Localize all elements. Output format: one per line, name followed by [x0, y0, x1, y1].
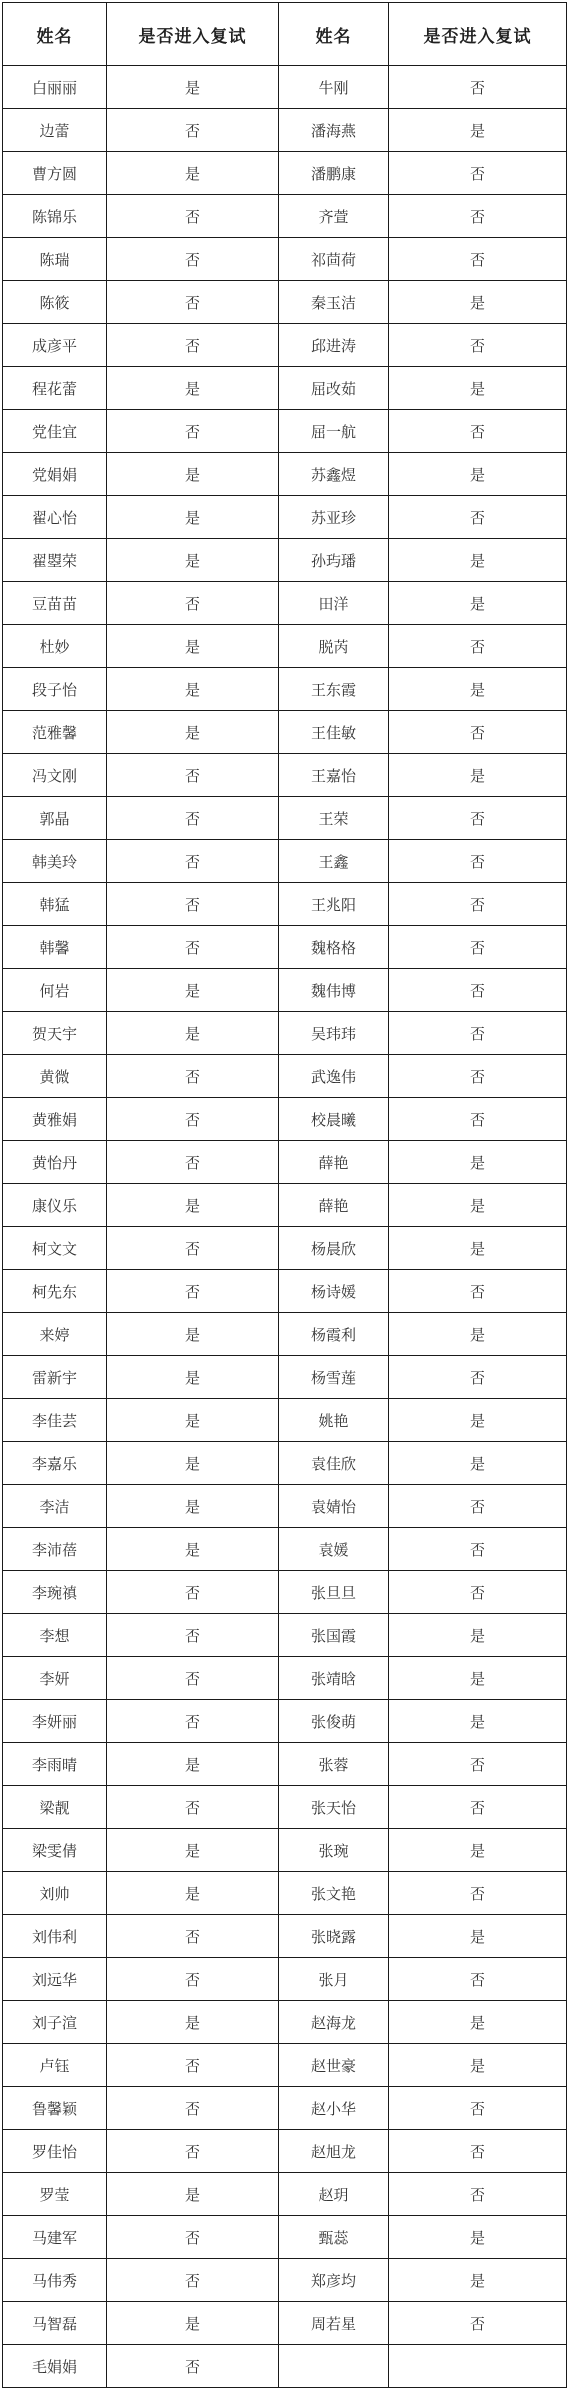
result-cell: 是 — [107, 1872, 279, 1915]
name-cell: 赵世豪 — [279, 2044, 389, 2087]
table-row: 李佳芸是姚艳是 — [3, 1399, 567, 1442]
header-cell: 姓名 — [3, 3, 107, 66]
table-row: 李琬禛否张旦旦否 — [3, 1571, 567, 1614]
result-cell: 否 — [389, 1743, 567, 1786]
result-cell: 否 — [107, 883, 279, 926]
header-cell: 是否进入复试 — [389, 3, 567, 66]
name-cell: 杨雪莲 — [279, 1356, 389, 1399]
name-cell: 李妍丽 — [3, 1700, 107, 1743]
name-cell: 李沛蓓 — [3, 1528, 107, 1571]
result-cell: 是 — [107, 1012, 279, 1055]
name-cell: 段子怡 — [3, 668, 107, 711]
name-cell: 鲁馨颖 — [3, 2087, 107, 2130]
name-cell: 周若星 — [279, 2302, 389, 2345]
table-row: 韩馨否魏格格否 — [3, 926, 567, 969]
result-cell: 否 — [107, 1055, 279, 1098]
name-cell: 薛艳 — [279, 1184, 389, 1227]
result-cell: 否 — [107, 2216, 279, 2259]
result-cell: 是 — [107, 453, 279, 496]
name-cell: 罗佳怡 — [3, 2130, 107, 2173]
name-cell: 韩美玲 — [3, 840, 107, 883]
name-cell: 马伟秀 — [3, 2259, 107, 2302]
result-cell: 是 — [107, 1184, 279, 1227]
result-cell — [389, 2345, 567, 2388]
result-cell: 是 — [107, 66, 279, 109]
result-cell: 是 — [107, 367, 279, 410]
table-row: 白丽丽是牛刚否 — [3, 66, 567, 109]
result-cell: 否 — [389, 797, 567, 840]
name-cell: 马建军 — [3, 2216, 107, 2259]
table-row: 李洁是袁婧怡否 — [3, 1485, 567, 1528]
name-cell: 范雅馨 — [3, 711, 107, 754]
result-cell: 是 — [107, 2173, 279, 2216]
result-cell: 是 — [389, 2044, 567, 2087]
name-cell: 郭晶 — [3, 797, 107, 840]
result-cell: 否 — [107, 1227, 279, 1270]
result-cell: 是 — [389, 2216, 567, 2259]
name-cell: 魏格格 — [279, 926, 389, 969]
table-row: 卢钰否赵世豪是 — [3, 2044, 567, 2087]
result-cell: 是 — [389, 668, 567, 711]
name-cell: 白丽丽 — [3, 66, 107, 109]
result-cell: 是 — [389, 281, 567, 324]
result-cell: 否 — [107, 1270, 279, 1313]
name-cell: 梁靓 — [3, 1786, 107, 1829]
table-row: 梁雯倩是张琬是 — [3, 1829, 567, 1872]
result-cell: 否 — [389, 926, 567, 969]
table-row: 雷新宇是杨雪莲否 — [3, 1356, 567, 1399]
result-cell: 是 — [107, 2302, 279, 2345]
name-cell: 刘伟利 — [3, 1915, 107, 1958]
result-cell: 否 — [107, 2345, 279, 2388]
result-cell: 否 — [389, 2302, 567, 2345]
document-page: 姓名是否进入复试姓名是否进入复试 白丽丽是牛刚否边蕾否潘海燕是曹方圆是潘鹏康否陈… — [0, 0, 578, 2388]
name-cell: 何岩 — [3, 969, 107, 1012]
table-row: 梁靓否张天怡否 — [3, 1786, 567, 1829]
result-cell: 否 — [107, 281, 279, 324]
table-row: 罗佳怡否赵旭龙否 — [3, 2130, 567, 2173]
result-cell: 否 — [389, 66, 567, 109]
table-row: 李嘉乐是袁佳欣是 — [3, 1442, 567, 1485]
result-cell: 否 — [389, 883, 567, 926]
result-cell: 是 — [107, 969, 279, 1012]
result-cell: 否 — [107, 797, 279, 840]
table-row: 刘伟利否张晓露是 — [3, 1915, 567, 1958]
result-cell: 否 — [389, 238, 567, 281]
name-cell: 郑彦均 — [279, 2259, 389, 2302]
table-row: 罗莹是赵玥否 — [3, 2173, 567, 2216]
name-cell: 柯文文 — [3, 1227, 107, 1270]
name-cell: 韩馨 — [3, 926, 107, 969]
result-cell: 否 — [107, 2259, 279, 2302]
result-cell: 是 — [107, 1743, 279, 1786]
result-cell: 否 — [107, 410, 279, 453]
result-cell: 是 — [107, 1356, 279, 1399]
table-row: 李妍否张靖晗是 — [3, 1657, 567, 1700]
result-cell: 否 — [389, 496, 567, 539]
table-row: 陈筱否秦玉洁是 — [3, 281, 567, 324]
result-cell: 否 — [389, 1528, 567, 1571]
name-cell: 雷新宇 — [3, 1356, 107, 1399]
name-cell: 武逸伟 — [279, 1055, 389, 1098]
result-cell: 是 — [107, 2001, 279, 2044]
table-row: 黄雅娟否校晨曦否 — [3, 1098, 567, 1141]
name-cell: 张靖晗 — [279, 1657, 389, 1700]
table-row: 程花蕾是屈改茹是 — [3, 367, 567, 410]
result-cell: 是 — [389, 1141, 567, 1184]
name-cell: 潘海燕 — [279, 109, 389, 152]
table-row: 翟心怡是苏亚珍否 — [3, 496, 567, 539]
name-cell: 韩猛 — [3, 883, 107, 926]
result-cell: 否 — [107, 109, 279, 152]
name-cell: 梁雯倩 — [3, 1829, 107, 1872]
table-row: 豆苗苗否田洋是 — [3, 582, 567, 625]
result-cell: 否 — [389, 969, 567, 1012]
name-cell: 邱进涛 — [279, 324, 389, 367]
name-cell: 张国霞 — [279, 1614, 389, 1657]
result-cell: 否 — [107, 1098, 279, 1141]
result-cell: 否 — [107, 2044, 279, 2087]
table-row: 刘帅是张文艳否 — [3, 1872, 567, 1915]
name-cell: 黄微 — [3, 1055, 107, 1098]
result-cell: 否 — [107, 582, 279, 625]
table-row: 陈锦乐否齐萱否 — [3, 195, 567, 238]
name-cell: 杜妙 — [3, 625, 107, 668]
result-cell: 是 — [389, 1227, 567, 1270]
name-cell: 黄怡丹 — [3, 1141, 107, 1184]
table-row: 杜妙是脱芮否 — [3, 625, 567, 668]
result-cell: 否 — [389, 1872, 567, 1915]
result-cell: 否 — [389, 1485, 567, 1528]
result-cell: 否 — [389, 1356, 567, 1399]
result-cell: 否 — [107, 1141, 279, 1184]
table-row: 贺天宇是吴玮玮否 — [3, 1012, 567, 1055]
result-cell: 是 — [107, 496, 279, 539]
name-cell: 王鑫 — [279, 840, 389, 883]
table-row: 韩猛否王兆阳否 — [3, 883, 567, 926]
table-row: 范雅馨是王佳敏否 — [3, 711, 567, 754]
result-cell: 是 — [389, 1915, 567, 1958]
result-cell: 是 — [389, 1442, 567, 1485]
table-row: 鲁馨颖否赵小华否 — [3, 2087, 567, 2130]
name-cell: 王嘉怡 — [279, 754, 389, 797]
result-cell: 否 — [107, 2130, 279, 2173]
result-cell: 否 — [389, 324, 567, 367]
result-cell: 是 — [389, 2259, 567, 2302]
table-row: 李沛蓓是袁媛否 — [3, 1528, 567, 1571]
name-cell: 袁婧怡 — [279, 1485, 389, 1528]
name-cell: 刘远华 — [3, 1958, 107, 2001]
result-cell: 否 — [389, 1270, 567, 1313]
table-row: 陈瑞否祁茴荷否 — [3, 238, 567, 281]
result-cell: 是 — [389, 109, 567, 152]
table-row: 康仪乐是薛艳是 — [3, 1184, 567, 1227]
header-row: 姓名是否进入复试姓名是否进入复试 — [3, 3, 567, 66]
result-cell: 否 — [389, 195, 567, 238]
result-cell: 是 — [107, 711, 279, 754]
name-cell: 党娟娟 — [3, 453, 107, 496]
result-cell: 是 — [389, 1313, 567, 1356]
table-row: 刘子渲是赵海龙是 — [3, 2001, 567, 2044]
result-cell: 否 — [389, 840, 567, 883]
name-cell: 牛刚 — [279, 66, 389, 109]
name-cell: 脱芮 — [279, 625, 389, 668]
name-cell: 姚艳 — [279, 1399, 389, 1442]
result-cell: 否 — [107, 238, 279, 281]
result-cell: 否 — [389, 410, 567, 453]
name-cell: 柯先东 — [3, 1270, 107, 1313]
name-cell: 杨诗媛 — [279, 1270, 389, 1313]
result-cell: 否 — [389, 625, 567, 668]
name-cell: 屈改茹 — [279, 367, 389, 410]
name-cell: 张蓉 — [279, 1743, 389, 1786]
table-row: 刘远华否张月否 — [3, 1958, 567, 2001]
result-cell: 是 — [107, 1399, 279, 1442]
result-cell: 否 — [107, 1657, 279, 1700]
result-cell: 是 — [389, 2001, 567, 2044]
name-cell: 马智磊 — [3, 2302, 107, 2345]
result-cell: 否 — [107, 1915, 279, 1958]
name-cell: 来婷 — [3, 1313, 107, 1356]
result-cell: 否 — [107, 1571, 279, 1614]
name-cell: 薛艳 — [279, 1141, 389, 1184]
name-cell: 李嘉乐 — [3, 1442, 107, 1485]
table-row: 成彦平否邱进涛否 — [3, 324, 567, 367]
name-cell: 袁媛 — [279, 1528, 389, 1571]
result-cell: 否 — [107, 1700, 279, 1743]
name-cell: 袁佳欣 — [279, 1442, 389, 1485]
result-cell: 否 — [107, 926, 279, 969]
table-row: 马智磊是周若星否 — [3, 2302, 567, 2345]
result-cell: 否 — [389, 1055, 567, 1098]
name-cell: 屈一航 — [279, 410, 389, 453]
name-cell: 边蕾 — [3, 109, 107, 152]
result-cell: 是 — [389, 1657, 567, 1700]
name-cell: 贺天宇 — [3, 1012, 107, 1055]
result-cell: 否 — [107, 1958, 279, 2001]
name-cell: 曹方圆 — [3, 152, 107, 195]
table-row: 马建军否甄蕊是 — [3, 2216, 567, 2259]
name-cell: 田洋 — [279, 582, 389, 625]
name-cell: 程花蕾 — [3, 367, 107, 410]
table-row: 柯先东否杨诗媛否 — [3, 1270, 567, 1313]
result-cell: 是 — [389, 539, 567, 582]
result-cell: 否 — [107, 2087, 279, 2130]
name-cell: 张俊萌 — [279, 1700, 389, 1743]
result-cell: 是 — [389, 1399, 567, 1442]
table-row: 黄微否武逸伟否 — [3, 1055, 567, 1098]
name-cell: 毛娟娟 — [3, 2345, 107, 2388]
result-cell: 是 — [107, 152, 279, 195]
result-cell: 否 — [389, 1786, 567, 1829]
name-cell: 康仪乐 — [3, 1184, 107, 1227]
name-cell: 赵玥 — [279, 2173, 389, 2216]
table-row: 李雨晴是张蓉否 — [3, 1743, 567, 1786]
name-cell: 甄蕊 — [279, 2216, 389, 2259]
name-cell: 赵海龙 — [279, 2001, 389, 2044]
name-cell: 刘子渲 — [3, 2001, 107, 2044]
name-cell: 豆苗苗 — [3, 582, 107, 625]
name-cell: 陈锦乐 — [3, 195, 107, 238]
name-cell: 党佳宜 — [3, 410, 107, 453]
table-row: 李妍丽否张俊萌是 — [3, 1700, 567, 1743]
name-cell: 黄雅娟 — [3, 1098, 107, 1141]
name-cell: 陈筱 — [3, 281, 107, 324]
result-cell: 是 — [107, 1485, 279, 1528]
result-cell: 否 — [107, 754, 279, 797]
name-cell: 李琬禛 — [3, 1571, 107, 1614]
name-cell: 苏鑫煜 — [279, 453, 389, 496]
result-cell: 是 — [389, 367, 567, 410]
name-cell: 李佳芸 — [3, 1399, 107, 1442]
name-cell: 校晨曦 — [279, 1098, 389, 1141]
result-cell: 是 — [389, 453, 567, 496]
name-cell: 吴玮玮 — [279, 1012, 389, 1055]
result-cell: 是 — [389, 582, 567, 625]
result-cell: 否 — [107, 1614, 279, 1657]
table-row: 韩美玲否王鑫否 — [3, 840, 567, 883]
name-cell: 李雨晴 — [3, 1743, 107, 1786]
result-cell: 否 — [107, 195, 279, 238]
header-cell: 姓名 — [279, 3, 389, 66]
result-cell: 是 — [389, 754, 567, 797]
name-cell: 赵旭龙 — [279, 2130, 389, 2173]
name-cell: 孙玙璠 — [279, 539, 389, 582]
name-cell: 翟心怡 — [3, 496, 107, 539]
table-row: 柯文文否杨晨欣是 — [3, 1227, 567, 1270]
name-cell: 卢钰 — [3, 2044, 107, 2087]
name-cell: 张旦旦 — [279, 1571, 389, 1614]
header-cell: 是否进入复试 — [107, 3, 279, 66]
table-body: 白丽丽是牛刚否边蕾否潘海燕是曹方圆是潘鹏康否陈锦乐否齐萱否陈瑞否祁茴荷否陈筱否秦… — [3, 66, 567, 2388]
name-cell: 张晓露 — [279, 1915, 389, 1958]
result-cell: 否 — [389, 1012, 567, 1055]
result-cell: 是 — [107, 668, 279, 711]
table-row: 边蕾否潘海燕是 — [3, 109, 567, 152]
result-cell: 否 — [389, 2130, 567, 2173]
table-row: 党娟娟是苏鑫煜是 — [3, 453, 567, 496]
name-cell: 陈瑞 — [3, 238, 107, 281]
table-row: 李想否张国霞是 — [3, 1614, 567, 1657]
result-cell: 是 — [389, 1184, 567, 1227]
name-cell: 王荣 — [279, 797, 389, 840]
result-cell: 是 — [389, 1700, 567, 1743]
name-cell: 张天怡 — [279, 1786, 389, 1829]
table-row: 马伟秀否郑彦均是 — [3, 2259, 567, 2302]
result-cell: 否 — [107, 1786, 279, 1829]
table-row: 何岩是魏伟博否 — [3, 969, 567, 1012]
name-cell: 翟曌荣 — [3, 539, 107, 582]
name-cell: 冯文刚 — [3, 754, 107, 797]
result-cell: 是 — [107, 1528, 279, 1571]
table-row: 段子怡是王东霞是 — [3, 668, 567, 711]
name-cell: 李妍 — [3, 1657, 107, 1700]
table-row: 黄怡丹否薛艳是 — [3, 1141, 567, 1184]
name-cell: 张琬 — [279, 1829, 389, 1872]
result-cell: 否 — [107, 324, 279, 367]
name-cell: 李洁 — [3, 1485, 107, 1528]
result-cell: 是 — [107, 1313, 279, 1356]
table-row: 郭晶否王荣否 — [3, 797, 567, 840]
name-cell: 秦玉洁 — [279, 281, 389, 324]
result-cell: 否 — [389, 152, 567, 195]
name-cell: 刘帅 — [3, 1872, 107, 1915]
name-cell: 祁茴荷 — [279, 238, 389, 281]
table-row: 党佳宜否屈一航否 — [3, 410, 567, 453]
name-cell: 王东霞 — [279, 668, 389, 711]
result-cell: 是 — [107, 539, 279, 582]
result-cell: 否 — [389, 711, 567, 754]
name-cell: 潘鹏康 — [279, 152, 389, 195]
name-cell: 齐萱 — [279, 195, 389, 238]
table-row: 来婷是杨霞利是 — [3, 1313, 567, 1356]
table-row: 翟曌荣是孙玙璠是 — [3, 539, 567, 582]
name-cell: 罗莹 — [3, 2173, 107, 2216]
name-cell: 魏伟博 — [279, 969, 389, 1012]
name-cell: 杨霞利 — [279, 1313, 389, 1356]
name-cell: 王佳敏 — [279, 711, 389, 754]
result-cell: 否 — [389, 1958, 567, 2001]
name-cell: 杨晨欣 — [279, 1227, 389, 1270]
result-cell: 否 — [389, 1571, 567, 1614]
name-cell: 苏亚珍 — [279, 496, 389, 539]
result-cell: 是 — [107, 625, 279, 668]
name-cell: 张文艳 — [279, 1872, 389, 1915]
result-cell: 是 — [107, 1442, 279, 1485]
name-cell: 王兆阳 — [279, 883, 389, 926]
result-cell: 是 — [107, 1829, 279, 1872]
table-row: 冯文刚否王嘉怡是 — [3, 754, 567, 797]
name-cell: 张月 — [279, 1958, 389, 2001]
table-row: 曹方圆是潘鹏康否 — [3, 152, 567, 195]
result-cell: 否 — [107, 840, 279, 883]
result-cell: 否 — [389, 2087, 567, 2130]
result-cell: 是 — [389, 1829, 567, 1872]
candidates-table: 姓名是否进入复试姓名是否进入复试 白丽丽是牛刚否边蕾否潘海燕是曹方圆是潘鹏康否陈… — [2, 2, 567, 2388]
name-cell — [279, 2345, 389, 2388]
name-cell: 李想 — [3, 1614, 107, 1657]
name-cell: 赵小华 — [279, 2087, 389, 2130]
result-cell: 否 — [389, 1098, 567, 1141]
result-cell: 是 — [389, 1614, 567, 1657]
name-cell: 成彦平 — [3, 324, 107, 367]
result-cell: 否 — [389, 2173, 567, 2216]
table-row: 毛娟娟否 — [3, 2345, 567, 2388]
